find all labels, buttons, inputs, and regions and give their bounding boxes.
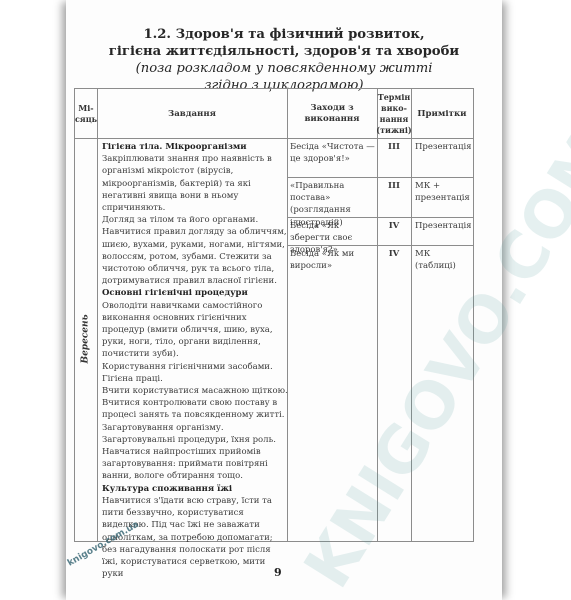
measure-cell: Бесіда «Як ми виросли» <box>290 248 375 272</box>
term-cell: IV <box>377 248 411 260</box>
task-text: Користування гігієнічними засобами. <box>102 361 288 373</box>
section-heading: 1.2. Здоров'я та фізичний розвиток, гігі… <box>66 26 502 94</box>
plan-table: Мі-сяць Завдання Заходи з виконання Терм… <box>74 88 474 542</box>
task-subheading: Гігієна тіла. Мікроорганізми <box>102 141 288 153</box>
row-divider <box>287 177 473 178</box>
task-text: Загартовувальні процедури, їхня роль. <box>102 434 288 446</box>
task-text: Вчити користуватися масажною щіткою. <box>102 385 288 397</box>
task-text: Навчитися з'їдати всю страву, їсти та пи… <box>102 495 288 580</box>
tasks-cell: Гігієна тіла. МікроорганізмиЗакріплювати… <box>100 141 288 580</box>
header-month: Мі-сяць <box>75 89 97 139</box>
heading-line-1: 1.2. Здоров'я та фізичний розвиток, <box>66 26 502 43</box>
note-cell: МК (таблиці) <box>415 248 471 272</box>
column-divider <box>411 89 412 541</box>
term-cell: III <box>377 180 411 192</box>
task-text: Навчитися правил догляду за обличчям, ши… <box>102 226 288 287</box>
task-text: Гігієна праці. <box>102 373 288 385</box>
term-cell: IV <box>377 220 411 232</box>
page-number: 9 <box>274 566 282 579</box>
header-notes: Примітки <box>411 89 473 139</box>
note-cell: Презентація <box>415 141 471 153</box>
month-label: Вересень <box>81 314 91 363</box>
column-divider <box>377 89 378 541</box>
heading-line-2: гігієна життєдіяльності, здоров'я та хво… <box>66 43 502 60</box>
measure-cell: Бесіда «Чистота — це здоров'я!» <box>290 141 375 165</box>
header-tasks: Завдання <box>97 89 287 139</box>
task-text: Навчатися найпростіших прийомів загартов… <box>102 446 288 483</box>
month-cell: Вересень <box>75 239 97 439</box>
header-term: Термін вико-нання (тижні) <box>377 89 411 139</box>
task-text: Оволодіти навичками самостійного виконан… <box>102 300 288 361</box>
column-divider <box>97 89 98 541</box>
task-text: Загартовування організму. <box>102 422 288 434</box>
term-cell: III <box>377 141 411 153</box>
task-text: Догляд за тілом та його органами. <box>102 214 288 226</box>
task-text: Вчитися контролювати свою поставу в проц… <box>102 397 288 421</box>
header-measures: Заходи з виконання <box>287 89 377 139</box>
note-cell: Презентація <box>415 220 471 232</box>
note-cell: МК + презентація <box>415 180 471 204</box>
task-subheading: Культура споживання їжі <box>102 483 288 495</box>
task-subheading: Основні гігієнічні процедури <box>102 287 288 299</box>
task-text: Закріплювати знання про наявність в орга… <box>102 153 288 214</box>
heading-line-3: (поза розкладом у повсякденному житті <box>66 60 502 77</box>
